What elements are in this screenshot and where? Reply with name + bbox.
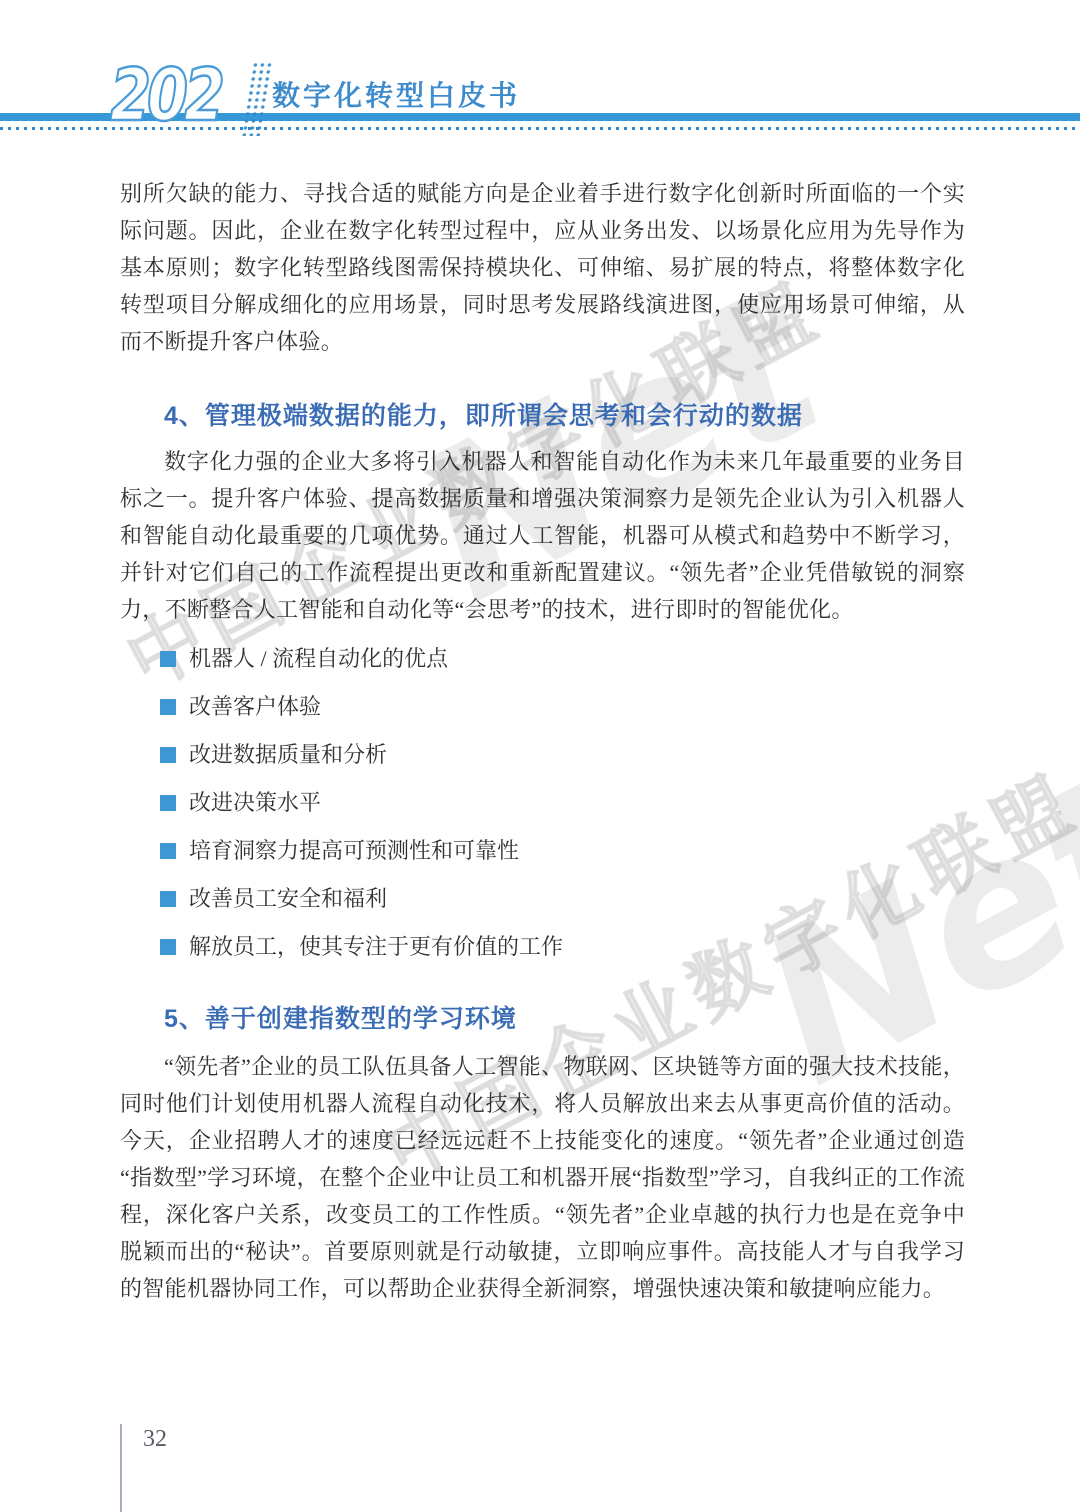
square-bullet-icon bbox=[160, 651, 176, 667]
square-bullet-icon bbox=[160, 939, 176, 955]
list-item-label: 改善员工安全和福利 bbox=[189, 886, 387, 911]
list-item-label: 培育洞察力提高可预测性和可靠性 bbox=[189, 838, 519, 863]
square-bullet-icon bbox=[160, 891, 176, 907]
logo-dotted-one-icon bbox=[241, 62, 275, 136]
list-item: 改善员工安全和福利 bbox=[160, 886, 965, 912]
list-item-label: 解放员工，使其专注于更有价值的工作 bbox=[189, 934, 563, 959]
page-number: 32 bbox=[143, 1426, 167, 1453]
list-item: 改善客户体验 bbox=[160, 694, 965, 720]
square-bullet-icon bbox=[160, 843, 176, 859]
list-item: 培育洞察力提高可预测性和可靠性 bbox=[160, 838, 965, 864]
list-item: 改进数据质量和分析 bbox=[160, 742, 965, 768]
logo-2021: 202 bbox=[110, 52, 269, 128]
footer-rule bbox=[120, 1424, 122, 1512]
section4-heading: 4、管理极端数据的能力，即所谓会思考和会行动的数据 bbox=[120, 399, 965, 433]
page-header: 202 数字化转型白皮书 bbox=[0, 0, 1080, 140]
section5-paragraph: “领先者”企业的员工队伍具备人工智能、物联网、区块链等方面的强大技术技能，同时他… bbox=[120, 1048, 965, 1307]
square-bullet-icon bbox=[160, 795, 176, 811]
list-item-label: 改进数据质量和分析 bbox=[189, 742, 387, 767]
list-item: 解放员工，使其专注于更有价值的工作 bbox=[160, 934, 965, 960]
document-page: { "header": { "year": "2021", "year_pref… bbox=[0, 0, 1080, 1512]
list-item: 改进决策水平 bbox=[160, 790, 965, 816]
list-item-label: 机器人 / 流程自动化的优点 bbox=[189, 646, 448, 671]
page-content: 别所欠缺的能力、寻找合适的赋能方向是企业着手进行数字化创新时所面临的一个实际问题… bbox=[120, 131, 965, 1307]
section5-heading: 5、善于创建指数型的学习环境 bbox=[120, 1002, 965, 1036]
section4-paragraph: 数字化力强的企业大多将引入机器人和智能自动化作为未来几年最重要的业务目标之一。提… bbox=[120, 443, 965, 628]
list-item-label: 改进决策水平 bbox=[189, 790, 321, 815]
square-bullet-icon bbox=[160, 747, 176, 763]
document-title: 数字化转型白皮书 bbox=[272, 74, 520, 114]
paragraph-intro: 别所欠缺的能力、寻找合适的赋能方向是企业着手进行数字化创新时所面临的一个实际问题… bbox=[120, 175, 965, 360]
list-item: 机器人 / 流程自动化的优点 bbox=[160, 646, 965, 672]
square-bullet-icon bbox=[160, 699, 176, 715]
benefits-list: 机器人 / 流程自动化的优点 改善客户体验 改进数据质量和分析 改进决策水平 培… bbox=[120, 646, 965, 960]
logo-year-digits: 202 bbox=[110, 62, 221, 128]
list-item-label: 改善客户体验 bbox=[189, 694, 321, 719]
